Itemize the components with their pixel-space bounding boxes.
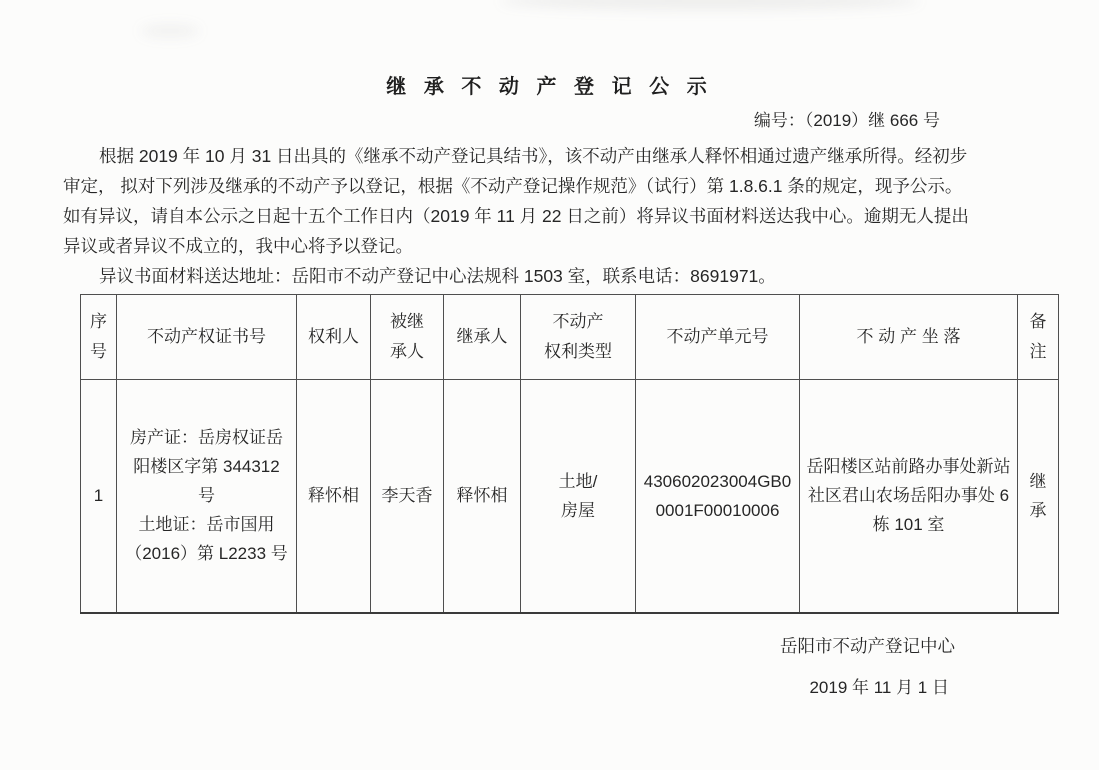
cell-cert-no: 房产证：岳房权证岳阳楼区字第 344312 号 土地证：岳市国用（2016）第 …	[117, 380, 297, 613]
cell-heir: 释怀相	[444, 380, 521, 613]
cell-unit-no: 430602023004GB00001F00010006	[636, 380, 800, 613]
header-remark: 备 注	[1018, 295, 1059, 380]
issuing-org: 岳阳市不动产登记中心	[0, 633, 1099, 658]
table-row: 1 房产证：岳房权证岳阳楼区字第 344312 号 土地证：岳市国用（2016）…	[81, 380, 1059, 613]
scan-artifact	[500, 0, 920, 10]
cell-right-holder: 释怀相	[297, 380, 371, 613]
page-title: 继 承 不 动 产 登 记 公 示	[0, 70, 1099, 99]
header-cert-no: 不动产权证书号	[117, 295, 297, 380]
header-location: 不 动 产 坐 落	[800, 295, 1018, 380]
header-unit-no: 不动产单元号	[636, 295, 800, 380]
header-decedent: 被继 承人	[371, 295, 444, 380]
scanned-notice-page: 继 承 不 动 产 登 记 公 示 编号：（2019）继 666 号 根据 20…	[0, 0, 1099, 770]
cell-right-type: 土地/ 房屋	[521, 380, 636, 613]
body-line: 根据 2019 年 10 月 31 日出具的《继承不动产登记具结书》，该不动产由…	[63, 141, 1039, 171]
registration-table: 序 号 不动产权证书号 权利人 被继 承人 继承人 不动产 权利类型 不动产单元…	[80, 294, 1059, 614]
cell-seq: 1	[81, 380, 117, 613]
cell-location: 岳阳楼区站前路办事处新站社区君山农场岳阳办事处 6 栋 101 室	[800, 380, 1018, 613]
header-heir: 继承人	[444, 295, 521, 380]
table-header-row: 序 号 不动产权证书号 权利人 被继 承人 继承人 不动产 权利类型 不动产单元…	[81, 295, 1059, 380]
cell-decedent: 李天香	[371, 380, 444, 613]
header-seq: 序 号	[81, 295, 117, 380]
doc-number: 编号：（2019）继 666 号	[0, 106, 1099, 131]
scan-artifact	[140, 24, 200, 38]
cell-remark: 继 承	[1018, 380, 1059, 613]
notice-body: 根据 2019 年 10 月 31 日出具的《继承不动产登记具结书》，该不动产由…	[63, 141, 1039, 291]
body-line: 如有异议，请自本公示之日起十五个工作日内（2019 年 11 月 22 日之前）…	[63, 201, 1039, 231]
header-right-holder: 权利人	[297, 295, 371, 380]
header-right-type: 不动产 权利类型	[521, 295, 636, 380]
body-line: 异议书面材料送达地址：岳阳市不动产登记中心法规科 1503 室，联系电话：869…	[63, 261, 1039, 291]
issue-date: 2019 年 11 月 1 日	[0, 673, 1099, 698]
body-line: 异议或者异议不成立的，我中心将予以登记。	[63, 231, 1039, 261]
body-line: 审定， 拟对下列涉及继承的不动产予以登记，根据《不动产登记操作规范》（试行）第 …	[63, 171, 1039, 201]
